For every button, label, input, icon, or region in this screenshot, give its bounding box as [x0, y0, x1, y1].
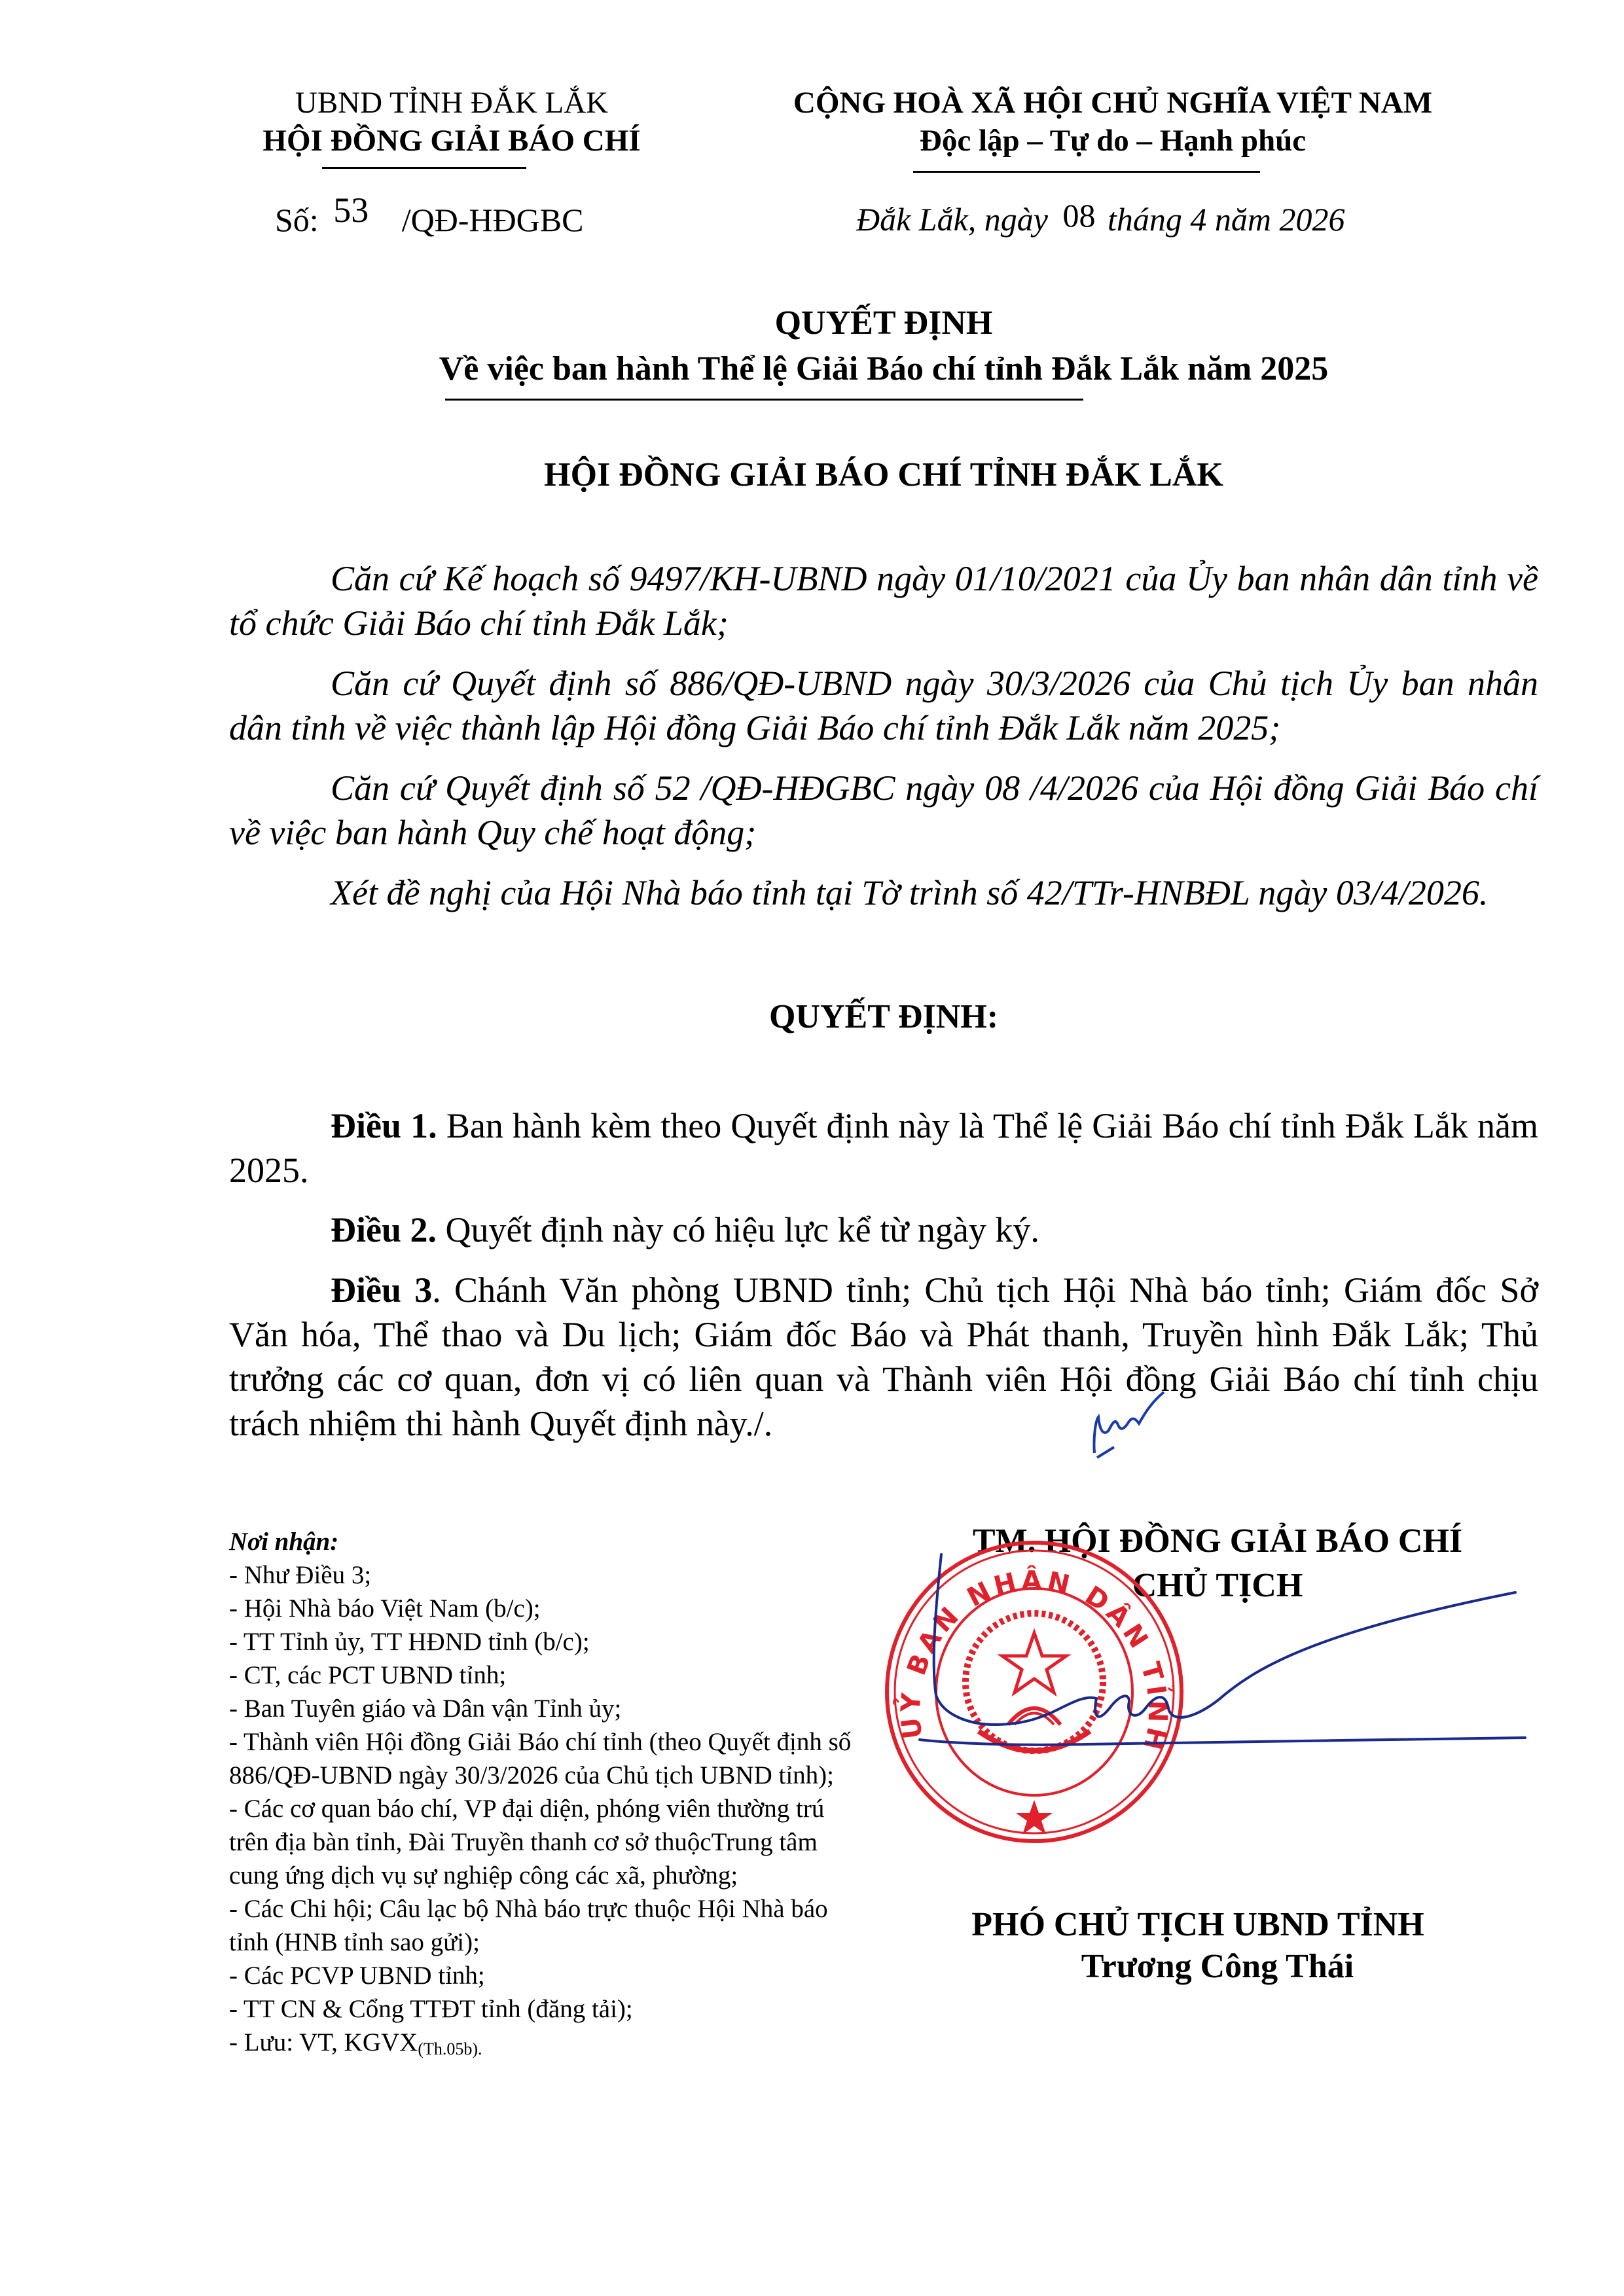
recipient-item: - Các PCVP UBND tỉnh; [229, 1959, 857, 1992]
article-2-label: Điều 2. [331, 1210, 437, 1249]
national-motto: Độc lập – Tự do – Hạnh phúc [920, 122, 1306, 160]
article-2-text: Quyết định này có hiệu lực kể từ ngày ký… [437, 1210, 1039, 1249]
recipient-item: - Như Điều 3; [229, 1558, 857, 1592]
preamble-basis-3: Căn cứ Quyết định số 52 /QĐ-HĐGBC ngày 0… [229, 766, 1538, 855]
issuing-body: HỘI ĐỒNG GIẢI BÁO CHÍ TỈNH ĐẮK LẮK [544, 454, 1223, 496]
article-3-label: Điều 3 [331, 1270, 432, 1310]
recipient-item: - TT Tỉnh ủy, TT HĐND tỉnh (b/c); [229, 1625, 857, 1659]
article-1: Điều 1. Ban hành kèm theo Quyết định này… [229, 1103, 1538, 1193]
doc-number: Số: 53 /QĐ-HĐGBC [275, 200, 584, 239]
document-type: QUYẾT ĐỊNH [775, 302, 993, 344]
recipient-item: - Các cơ quan báo chí, VP đại diện, phón… [229, 1792, 857, 1892]
header-right-rule [913, 171, 1260, 173]
article-3: Điều 3. Chánh Văn phòng UBND tỉnh; Chủ t… [229, 1268, 1538, 1446]
recipients-list: Nơi nhận: - Như Điều 3; - Hội Nhà báo Vi… [229, 1525, 857, 2066]
recipient-item: - CT, các PCT UBND tỉnh; [229, 1659, 857, 1692]
signer-name: Trương Công Thái [1081, 1945, 1354, 1988]
recipient-item-archive: - Lưu: VT, KGVX(Th.05b). [229, 2026, 857, 2066]
recipient-item: - Hội Nhà báo Việt Nam (b/c); [229, 1592, 857, 1625]
agency-name: UBND TỈNH ĐẮK LẮK [295, 84, 608, 122]
signer-title: PHÓ CHỦ TỊCH UBND TỈNH [971, 1903, 1424, 1946]
date-day: 08 [1063, 197, 1096, 234]
initials-mark-icon [1087, 1391, 1172, 1463]
national-title: CỘNG HOÀ XÃ HỘI CHỦ NGHĨA VIỆT NAM [793, 84, 1432, 122]
recipients-heading: Nơi nhận: [229, 1525, 857, 1558]
preamble-proposal: Xét đề nghị của Hội Nhà báo tỉnh tại Tờ … [229, 870, 1538, 915]
date-rest: tháng 4 năm 2026 [1108, 201, 1345, 238]
recipient-item: - Thành viên Hội đồng Giải Báo chí tỉnh … [229, 1725, 857, 1792]
recipient-item: - Các Chi hội; Câu lạc bộ Nhà báo trực t… [229, 1892, 857, 1959]
article-1-label: Điều 1. [331, 1106, 437, 1145]
council-name: HỘI ĐỒNG GIẢI BÁO CHÍ [262, 122, 640, 160]
header-left-rule [322, 167, 526, 169]
doc-number-suffix: /QĐ-HĐGBC [402, 202, 584, 238]
article-2: Điều 2. Quyết định này có hiệu lực kể từ… [229, 1208, 1538, 1252]
date-prefix: Đắk Lắk, ngày [856, 201, 1048, 238]
document-subject: Về việc ban hành Thể lệ Giải Báo chí tỉn… [439, 348, 1329, 390]
doc-number-value: 53 [333, 190, 369, 230]
recipient-item: - TT CN & Cổng TTĐT tỉnh (đăng tải); [229, 1992, 857, 2026]
preamble-basis-2: Căn cứ Quyết định số 886/QĐ-UBND ngày 30… [229, 661, 1538, 750]
doc-number-label: Số: [275, 202, 319, 238]
preamble-basis-1: Căn cứ Kế hoạch số 9497/KH-UBND ngày 01/… [229, 556, 1538, 645]
recipient-item: - Ban Tuyên giáo và Dân vận Tỉnh ủy; [229, 1692, 857, 1725]
title-rule [445, 399, 1083, 401]
decision-heading: QUYẾT ĐỊNH: [769, 996, 998, 1038]
doc-date: Đắk Lắk, ngày 08 tháng 4 năm 2026 [856, 200, 1345, 238]
